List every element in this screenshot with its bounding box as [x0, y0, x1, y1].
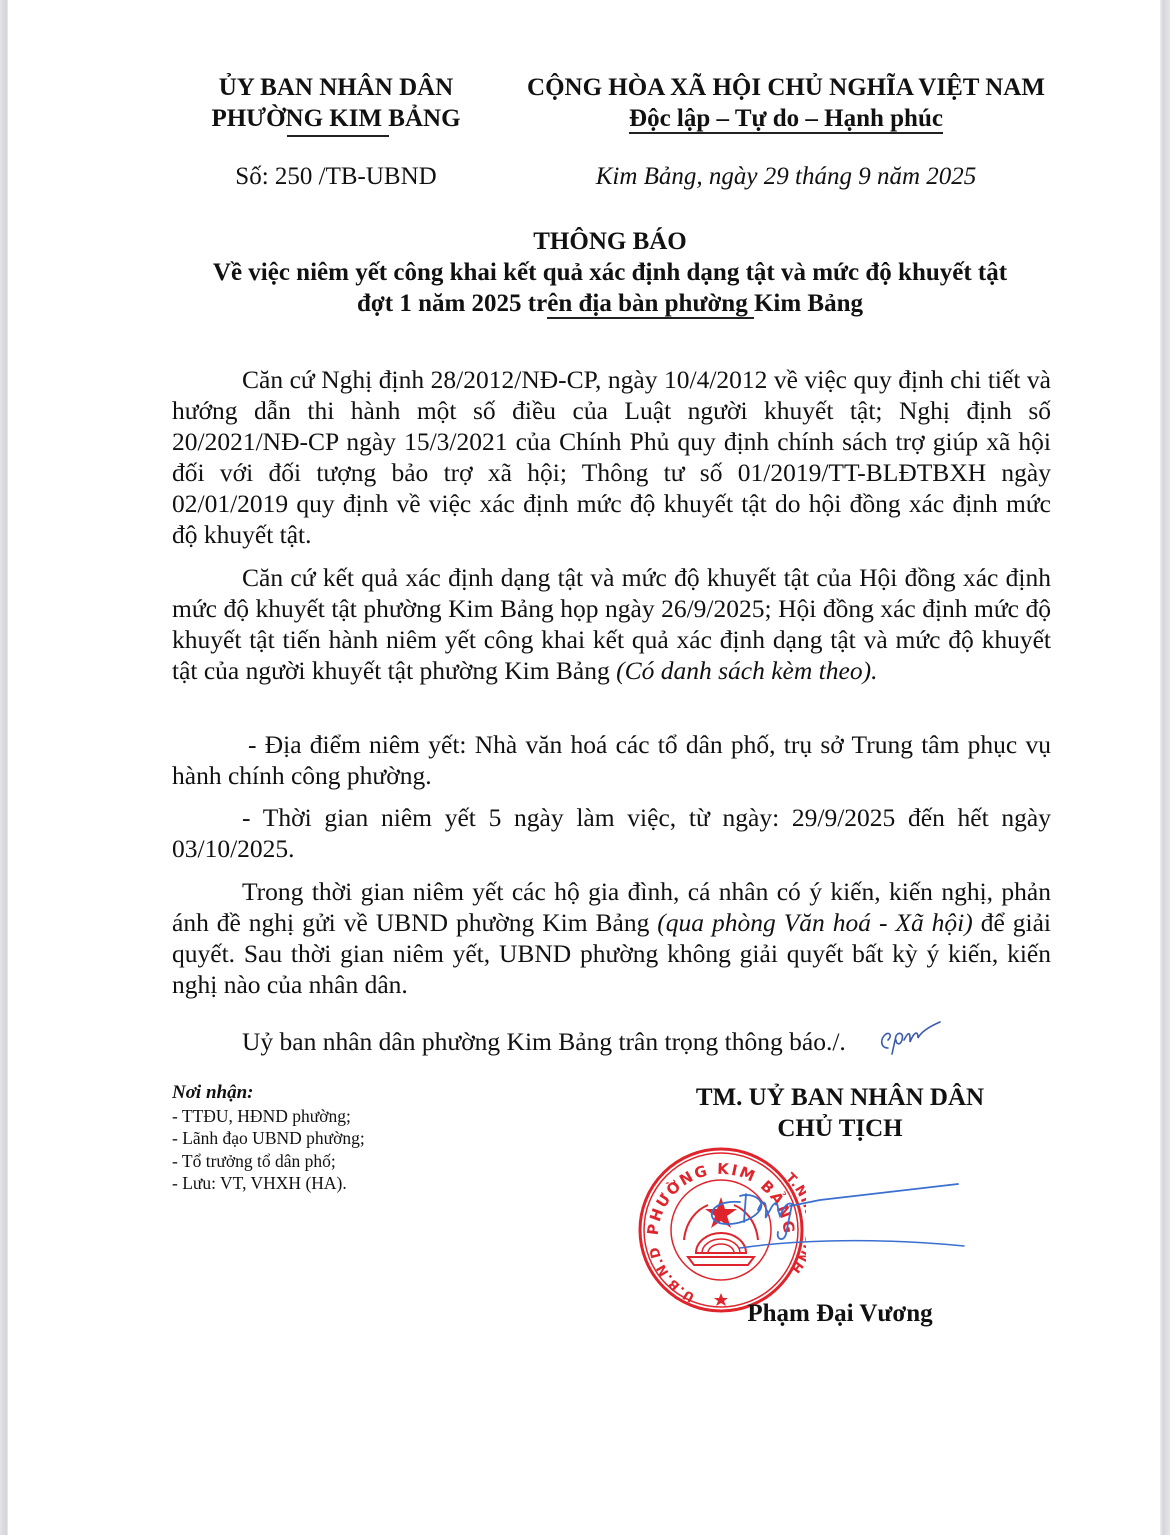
- paragraph-5-note: (qua phòng Văn hoá - Xã hội): [657, 908, 972, 937]
- issuer-block: ỦY BAN NHÂN DÂN PHƯỜNG KIM BẢNG: [190, 72, 482, 137]
- paragraph-2-note: (Có danh sách kèm theo).: [616, 656, 877, 685]
- paragraph-posting-location: - Địa điểm niêm yết: Nhà văn hoá các tổ …: [172, 729, 1051, 791]
- paragraph-feedback: Trong thời gian niêm yết các hộ gia đình…: [172, 876, 1051, 1000]
- issuer-underline: [287, 135, 389, 137]
- paragraph-5-text: Trong thời gian niêm yết các hộ gia đình…: [172, 876, 1051, 1000]
- signature-block: TM. UỶ BAN NHÂN DÂN CHỦ TỊCH: [640, 1082, 1040, 1144]
- paragraph-2-main: Căn cứ kết quả xác định dạng tật và mức …: [172, 563, 1051, 685]
- paragraph-1-text: Căn cứ Nghị định 28/2012/NĐ-CP, ngày 10/…: [172, 364, 1051, 550]
- issuer-line-1: ỦY BAN NHÂN DÂN: [190, 72, 482, 103]
- signature-position: CHỦ TỊCH: [640, 1113, 1040, 1144]
- title-heading: THÔNG BÁO: [160, 226, 1060, 257]
- signer-name: Phạm Đại Vương: [640, 1300, 1040, 1328]
- nation-block: CỘNG HÒA XÃ HỘI CHỦ NGHĨA VIỆT NAM Độc l…: [508, 72, 1064, 134]
- document-date: Kim Bảng, ngày 29 tháng 9 năm 2025: [508, 163, 1064, 191]
- paragraph-posting-time: - Thời gian niêm yết 5 ngày làm việc, từ…: [172, 802, 1051, 864]
- page-edge-right: [1160, 0, 1170, 1535]
- paragraph-legal-basis: Căn cứ Nghị định 28/2012/NĐ-CP, ngày 10/…: [172, 364, 1051, 550]
- initials-icon: [874, 1018, 944, 1058]
- handwritten-signature-icon: [700, 1170, 980, 1260]
- title-subject-line-1: Về việc niêm yết công khai kết quả xác đ…: [160, 257, 1060, 288]
- title-subject-line-2: đợt 1 năm 2025 trên địa bàn phường Kim B…: [160, 288, 1060, 319]
- nation-name: CỘNG HÒA XÃ HỘI CHỦ NGHĨA VIỆT NAM: [508, 72, 1064, 103]
- document-number: Số: 250 /TB-UBND: [190, 163, 482, 191]
- recipients-block: Nơi nhận: - TTĐU, HĐND phường; - Lãnh đạ…: [172, 1082, 472, 1195]
- paragraph-4-text: - Thời gian niêm yết 5 ngày làm việc, từ…: [172, 802, 1051, 864]
- issuer-line-2: PHƯỜNG KIM BẢNG: [190, 103, 482, 134]
- recipient-item: - Tổ trưởng tổ dân phố;: [172, 1150, 472, 1173]
- paragraph-3-text: - Địa điểm niêm yết: Nhà văn hoá các tổ …: [172, 729, 1051, 791]
- national-motto: Độc lập – Tự do – Hạnh phúc: [629, 105, 943, 134]
- title-subject-prefix: đợt 1 năm 2025 tr: [357, 290, 547, 317]
- paragraph-2-text: Căn cứ kết quả xác định dạng tật và mức …: [172, 562, 1051, 686]
- paragraph-council-result: Căn cứ kết quả xác định dạng tật và mức …: [172, 562, 1051, 686]
- recipient-item: - Lãnh đạo UBND phường;: [172, 1127, 472, 1150]
- recipient-item: - TTĐU, HĐND phường;: [172, 1105, 472, 1128]
- page-edge-left: [0, 0, 8, 1535]
- recipient-item: - Lưu: VT, VHXH (HA).: [172, 1172, 472, 1195]
- signature-on-behalf: TM. UỶ BAN NHÂN DÂN: [640, 1082, 1040, 1113]
- recipients-heading: Nơi nhận:: [172, 1082, 472, 1105]
- document-title: THÔNG BÁO Về việc niêm yết công khai kết…: [160, 226, 1060, 319]
- title-subject-suffix: Kim Bảng: [754, 290, 863, 317]
- title-subject-underlined: ên địa bàn phường: [547, 290, 754, 319]
